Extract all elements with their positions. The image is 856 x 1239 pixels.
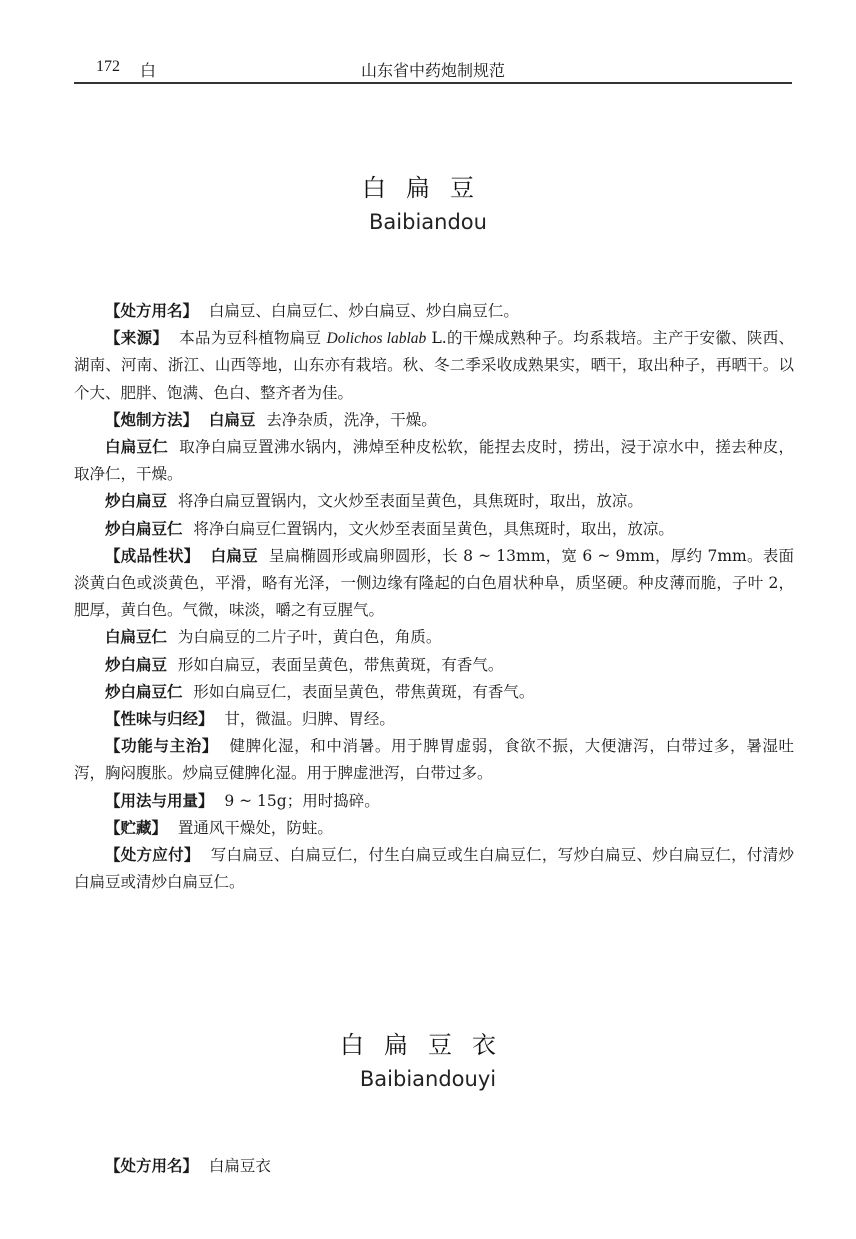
entry-body: 【处方用名】白扁豆、白扁豆仁、炒白扁豆、炒白扁豆仁。 【来源】本品为豆科植物扁豆…	[74, 298, 794, 896]
section-processing: 【炮制方法】白扁豆去净杂质，洗净，干燥。	[74, 407, 794, 434]
section-text: 置通风干燥处，防蛀。	[178, 819, 333, 837]
section-heading: 【功能与主治】	[105, 737, 218, 755]
character-item: 炒白扁豆形如白扁豆，表面呈黄色，带焦黄斑，有香气。	[74, 652, 794, 679]
item-text: 将净白扁豆置锅内，文火炒至表面呈黄色，具焦斑时，取出，放凉。	[178, 492, 643, 510]
section-heading: 【处方用名】	[105, 302, 198, 320]
entry-title: 白扁豆	[0, 168, 856, 203]
section-nature-meridian: 【性味与归经】甘，微温。归脾、胃经。	[74, 706, 794, 733]
item-text: 为白扁豆的二片子叶，黄白色，角质。	[178, 628, 442, 646]
item-text: 去净杂质，洗净，干燥。	[266, 411, 437, 429]
section-heading: 【性味与归经】	[105, 710, 214, 728]
entry-body: 【处方用名】白扁豆衣	[74, 1153, 794, 1180]
section-usage-dosage: 【用法与用量】9 ~ 15g；用时捣碎。	[74, 788, 794, 815]
header-rule	[74, 82, 792, 84]
entry-pinyin: Baibiandouyi	[0, 1067, 856, 1091]
section-heading: 【炮制方法】	[105, 411, 198, 429]
latin-name: Dolichos lablab	[327, 330, 427, 347]
item-name: 白扁豆仁	[105, 438, 168, 456]
item-text: 取净白扁豆置沸水锅内，沸焯至种皮松软，能捏去皮时，捞出，浸于凉水中，搓去种皮，取…	[74, 438, 794, 483]
section-text: 9 ~ 15g；用时捣碎。	[224, 792, 379, 810]
section-text: 本品为豆科植物扁豆	[179, 329, 327, 347]
section-prescription-names: 【处方用名】白扁豆、白扁豆仁、炒白扁豆、炒白扁豆仁。	[74, 298, 794, 325]
section-heading: 【成品性状】	[105, 547, 200, 565]
section-text: 甘，微温。归脾、胃经。	[224, 710, 395, 728]
section-text: 白扁豆衣	[209, 1157, 271, 1175]
character-item: 白扁豆仁为白扁豆的二片子叶，黄白色，角质。	[74, 624, 794, 651]
item-name: 白扁豆仁	[105, 628, 167, 646]
section-product-characters: 【成品性状】白扁豆呈扁椭圆形或扁卵圆形，长 8 ~ 13mm，宽 6 ~ 9mm…	[74, 543, 794, 625]
entry-pinyin: Baibiandou	[0, 210, 856, 234]
running-head: 172 白 山东省中药炮制规范	[74, 56, 792, 84]
section-storage: 【贮藏】置通风干燥处，防蛀。	[74, 815, 794, 842]
item-name: 炒白扁豆	[105, 656, 167, 674]
section-heading: 【处方用名】	[105, 1157, 198, 1175]
section-heading: 【贮藏】	[105, 819, 167, 837]
character-item: 炒白扁豆仁形如白扁豆仁，表面呈黄色，带焦黄斑，有香气。	[74, 679, 794, 706]
processing-item: 炒白扁豆将净白扁豆置锅内，文火炒至表面呈黄色，具焦斑时，取出，放凉。	[74, 488, 794, 515]
processing-item: 炒白扁豆仁将净白扁豆仁置锅内，文火炒至表面呈黄色，具焦斑时，取出，放凉。	[74, 516, 794, 543]
item-name: 白扁豆	[210, 547, 258, 565]
entry-title: 白扁豆衣	[0, 1025, 856, 1060]
item-name: 炒白扁豆仁	[105, 520, 183, 538]
section-heading: 【处方应付】	[105, 846, 200, 864]
item-name: 炒白扁豆	[105, 492, 167, 510]
section-heading: 【用法与用量】	[105, 792, 214, 810]
item-text: 形如白扁豆，表面呈黄色，带焦黄斑，有香气。	[178, 656, 504, 674]
section-prescription-names: 【处方用名】白扁豆衣	[74, 1153, 794, 1180]
section-functions: 【功能与主治】健脾化湿，和中消暑。用于脾胃虚弱，食欲不振，大便溏泻，白带过多，暑…	[74, 733, 794, 787]
item-text: 将净白扁豆仁置锅内，文火炒至表面呈黄色，具焦斑时，取出，放凉。	[193, 520, 674, 538]
section-source: 【来源】本品为豆科植物扁豆 Dolichos lablab L.的干燥成熟种子。…	[74, 325, 794, 407]
processing-item: 白扁豆仁取净白扁豆置沸水锅内，沸焯至种皮松软，能捏去皮时，捞出，浸于凉水中，搓去…	[74, 434, 794, 488]
item-text: 形如白扁豆仁，表面呈黄色，带焦黄斑，有香气。	[193, 683, 534, 701]
section-dispensing: 【处方应付】写白扁豆、白扁豆仁，付生白扁豆或生白扁豆仁，写炒白扁豆、炒白扁豆仁，…	[74, 842, 794, 896]
item-name: 炒白扁豆仁	[105, 683, 183, 701]
item-name: 白扁豆	[209, 411, 256, 429]
section-text: 白扁豆、白扁豆仁、炒白扁豆、炒白扁豆仁。	[209, 302, 519, 320]
book-title: 山东省中药炮制规范	[74, 58, 792, 81]
section-heading: 【来源】	[105, 329, 168, 347]
